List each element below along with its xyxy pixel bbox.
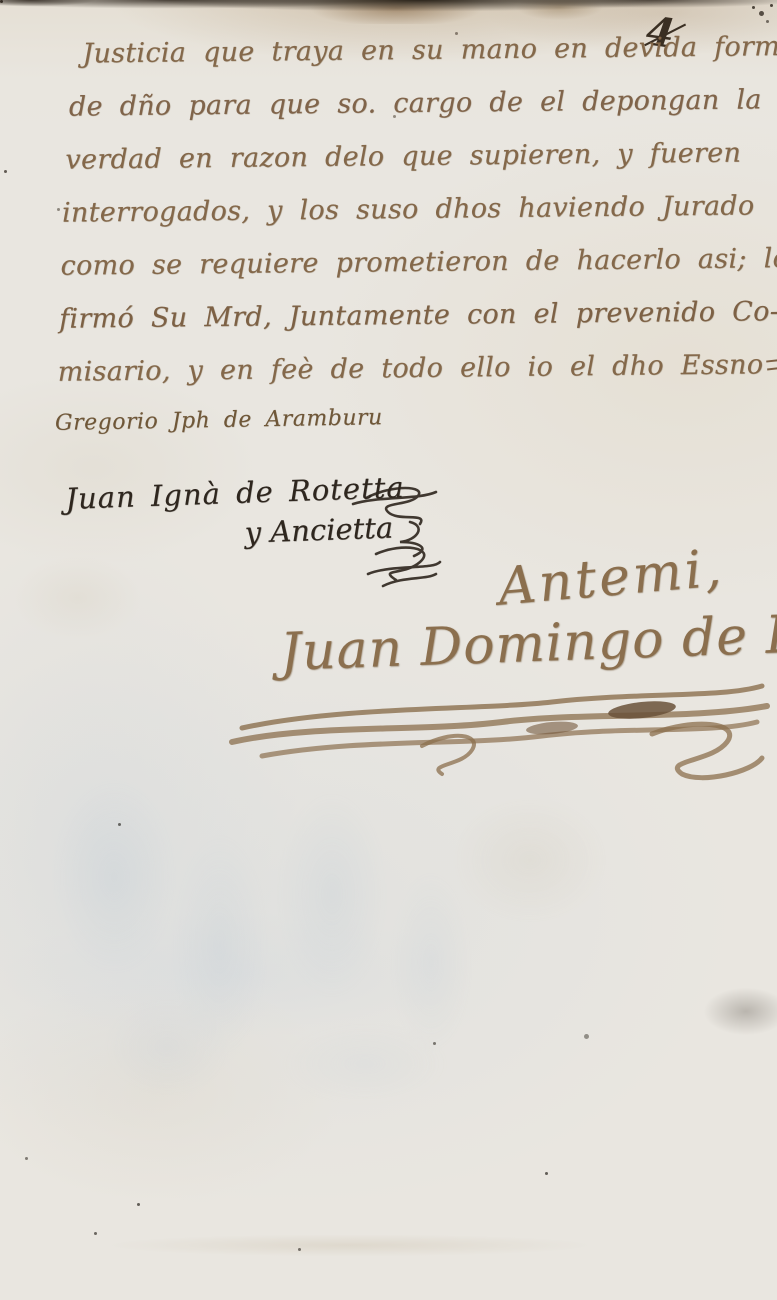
manuscript-line: como se requiere prometieron de hacerlo … [56, 232, 767, 292]
manuscript-text-block: Justicia que traya en su mano en devida … [54, 20, 768, 398]
manuscript-page: 4 Justicia que traya en su mano en devid… [0, 0, 777, 1300]
manuscript-line: misario, y en feè de todo ello io el dho… [57, 338, 768, 398]
manuscript-line: firmó Su Mrd, Juntamente con el prevenid… [57, 285, 768, 345]
manuscript-line: interrogados, y los suso dhos haviendo J… [56, 179, 767, 239]
ante-mi-attestation: Antemi, [496, 538, 727, 617]
ink-specks [0, 0, 3, 3]
scribe-name: Gregorio Jph de Aramburu [55, 405, 383, 436]
manuscript-line: Justicia que traya en su mano en devida … [54, 20, 765, 80]
notary-rubric-flourish [222, 676, 777, 781]
verso-showthrough [35, 775, 695, 1115]
witness-rubric-flourish [348, 482, 448, 592]
manuscript-line: verdad en razon delo que supieren, y fue… [55, 126, 766, 186]
manuscript-line: de dño para que so. cargo de el depongan… [55, 73, 766, 133]
notary-signature: Juan Domingo de Elola [279, 601, 777, 683]
